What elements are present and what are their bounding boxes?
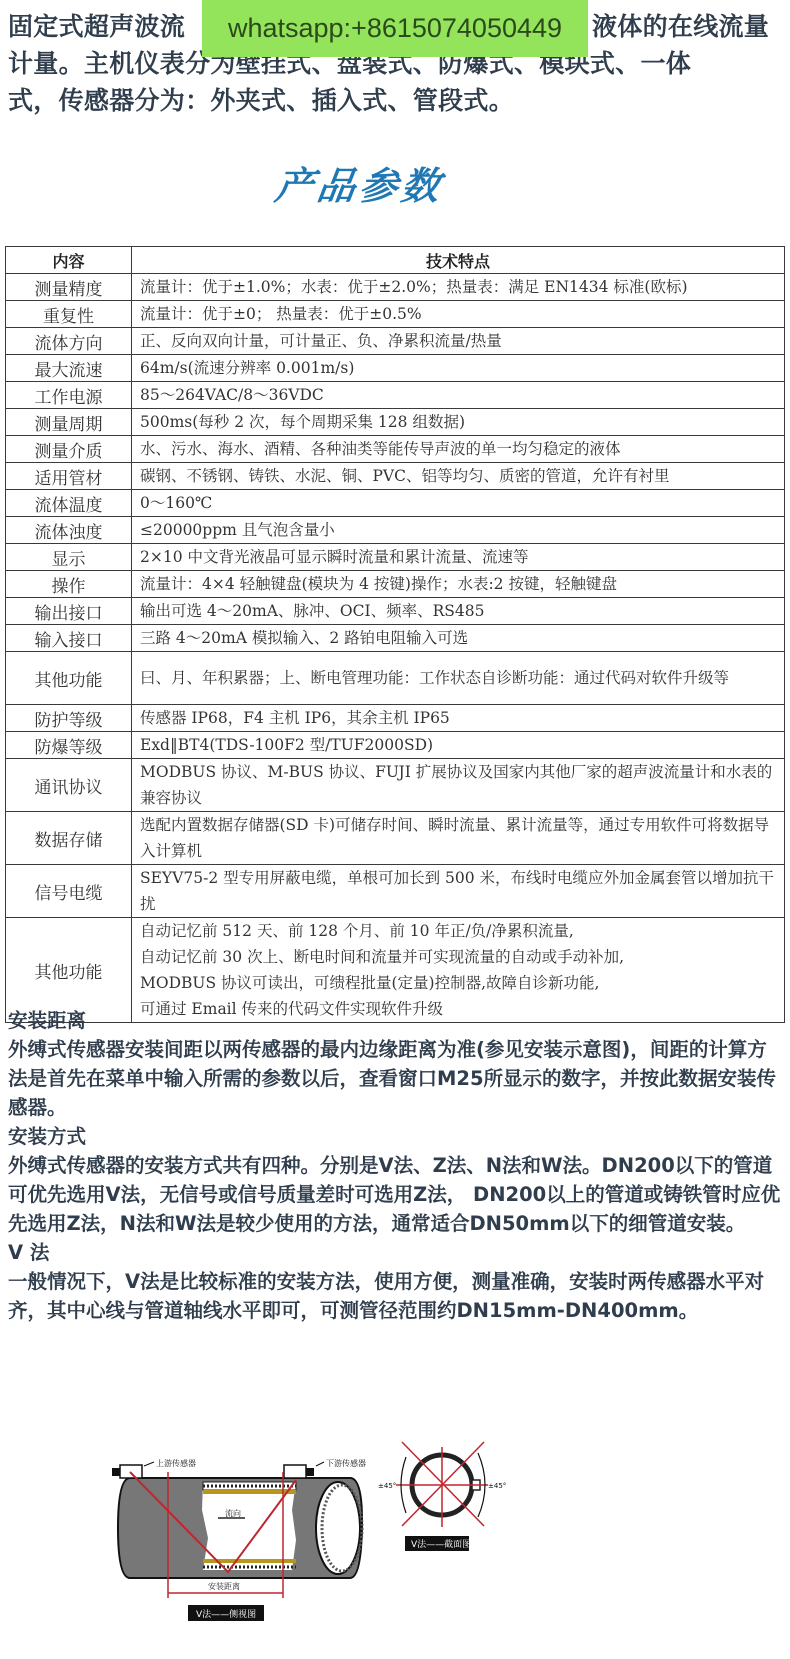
row-value: 选配内置数据存储器(SD 卡)可储存时间、瞬时流量、累计流量等，通过专用软件可将… (132, 812, 785, 865)
row-value: 流量计：4×4 轻触键盘(模块为 4 按键)操作；水表:2 按键，轻触键盘 (132, 571, 785, 598)
row-key: 通讯协议 (6, 759, 132, 812)
intro-line-3: 式，传感器分为：外夹式、插入式、管段式。 (8, 82, 786, 119)
row-key: 测量周期 (6, 409, 132, 436)
row-value: 水、污水、海水、酒精、各种油类等能传导声波的单一均匀稳定的液体 (132, 436, 785, 463)
angle-left-label: ±45° (378, 1482, 396, 1490)
row-key: 信号电缆 (6, 865, 132, 918)
row-value: 传感器 IP68，F4 主机 IP6，其余主机 IP65 (132, 705, 785, 732)
table-row: 流体温度0～160℃ (6, 490, 785, 517)
install-distance-label: 安装距离 (208, 1581, 240, 1591)
row-key: 流体浊度 (6, 517, 132, 544)
row-key: 测量精度 (6, 274, 132, 301)
pipe-diagram-svg: 流向 上游传感器 下游传感器 安装距离 V法——侧视图 (100, 1410, 530, 1659)
row-key: 防护等级 (6, 705, 132, 732)
table-row: 流体浊度≤20000ppm 且气泡含量小 (6, 517, 785, 544)
table-row: 输出接口输出可选 4～20mA、脉冲、OCI、频率、RS485 (6, 598, 785, 625)
row-value: Exd‖BT4(TDS-100F2 型/TUF2000SD) (132, 732, 785, 759)
row-value: ≤20000ppm 且气泡含量小 (132, 517, 785, 544)
table-row: 流体方向正、反向双向计量，可计量正、负、净累积流量/热量 (6, 328, 785, 355)
header-content: 内容 (6, 247, 132, 274)
row-key: 流体方向 (6, 328, 132, 355)
header-tech-features: 技术特点 (132, 247, 785, 274)
row-key: 数据存储 (6, 812, 132, 865)
intro-line-1-left: 固定式超声波流 (8, 12, 185, 41)
table-row: 数据存储选配内置数据存储器(SD 卡)可储存时间、瞬时流量、累计流量等，通过专用… (6, 812, 785, 865)
row-value: 碳钢、不锈钢、铸铁、水泥、铜、PVC、铝等均匀、质密的管道，允许有衬里 (132, 463, 785, 490)
table-row: 显示2×10 中文背光液晶可显示瞬时流量和累计流量、流速等 (6, 544, 785, 571)
heading-v-method: V 法 (8, 1238, 786, 1267)
row-value-line: 自动记忆前 30 次上、断电时间和流量并可实现流量的自动或手动补加, (140, 944, 776, 970)
row-value: 500ms(每秒 2 次，每个周期采集 128 组数据) (132, 409, 785, 436)
flow-label: 流向 (225, 1508, 241, 1518)
table-row: 防爆等级Exd‖BT4(TDS-100F2 型/TUF2000SD) (6, 732, 785, 759)
table-header-row: 内容 技术特点 (6, 247, 785, 274)
row-value: 85～264VAC/8～36VDC (132, 382, 785, 409)
table-row: 信号电缆SEYV75-2 型专用屏蔽电缆，单根可加长到 500 米，布线时电缆应… (6, 865, 785, 918)
row-value: 2×10 中文背光液晶可显示瞬时流量和累计流量、流速等 (132, 544, 785, 571)
installation-text: 安装距离 外缚式传感器安装间距以两传感器的最内边缘距离为准(参见安装示意图)，间… (8, 1006, 786, 1325)
v-method-diagram: 流向 上游传感器 下游传感器 安装距离 V法——侧视图 (100, 1410, 530, 1659)
row-key: 输入接口 (6, 625, 132, 652)
table-row: 适用管材碳钢、不锈钢、铸铁、水泥、铜、PVC、铝等均匀、质密的管道，允许有衬里 (6, 463, 785, 490)
heading-install-distance: 安装距离 (8, 1006, 786, 1035)
table-row: 重复性流量计：优于±0； 热量表：优于±0.5% (6, 301, 785, 328)
side-view: 流向 上游传感器 下游传感器 安装距离 V法——侧视图 (112, 1458, 366, 1621)
intro-line-1-right: 液体的在线流量 (592, 8, 769, 45)
table-row: 测量周期500ms(每秒 2 次，每个周期采集 128 组数据) (6, 409, 785, 436)
row-key: 操作 (6, 571, 132, 598)
table-row: 最大流速64m/s(流速分辨率 0.001m/s) (6, 355, 785, 382)
row-key: 最大流速 (6, 355, 132, 382)
row-value: 曰、月、年积累器；上、断电管理功能：工作状态自诊断功能：通过代码对软件升级等 (132, 652, 785, 705)
row-value-line: MODBUS 协议可读出，可缋程批量(定量)控制器,故障自诊新功能, (140, 970, 776, 996)
row-value: 流量计：优于±0； 热量表：优于±0.5% (132, 301, 785, 328)
table-row: 通讯协议MODBUS 协议、M-BUS 协议、FUJI 扩展协议及国家内其他厂家… (6, 759, 785, 812)
table-row: 防护等级传感器 IP68，F4 主机 IP6，其余主机 IP65 (6, 705, 785, 732)
side-view-caption: V法——侧视图 (196, 1608, 256, 1620)
row-value: SEYV75-2 型专用屏蔽电缆，单根可加长到 500 米，布线时电缆应外加金属… (132, 865, 785, 918)
row-value: 流量计：优于±1.0%；水表：优于±2.0%；热量表：满足 EN1434 标准(… (132, 274, 785, 301)
table-row: 操作流量计：4×4 轻触键盘(模块为 4 按键)操作；水表:2 按键，轻触键盘 (6, 571, 785, 598)
row-key: 防爆等级 (6, 732, 132, 759)
table-row: 工作电源85～264VAC/8～36VDC (6, 382, 785, 409)
cross-section-caption: V法——截面图 (411, 1538, 471, 1550)
row-key: 适用管材 (6, 463, 132, 490)
row-value: 0～160℃ (132, 490, 785, 517)
row-key: 显示 (6, 544, 132, 571)
table-row: 测量介质水、污水、海水、酒精、各种油类等能传导声波的单一均匀稳定的液体 (6, 436, 785, 463)
row-value: 输出可选 4～20mA、脉冲、OCI、频率、RS485 (132, 598, 785, 625)
heading-install-method: 安装方式 (8, 1122, 786, 1151)
row-key: 工作电源 (6, 382, 132, 409)
upstream-sensor-label: 上游传感器 (156, 1458, 196, 1468)
table-row: 其他功能曰、月、年积累器；上、断电管理功能：工作状态自诊断功能：通过代码对软件升… (6, 652, 785, 705)
row-value: 三路 4～20mA 模拟输入、2 路铂电阻输入可选 (132, 625, 785, 652)
row-value: 正、反向双向计量，可计量正、负、净累积流量/热量 (132, 328, 785, 355)
section-title-product-params: 产品参数 (256, 155, 464, 210)
whatsapp-watermark: whatsapp:+8615074050449 (202, 0, 588, 57)
row-key: 其他功能 (6, 652, 132, 705)
spec-table: 内容 技术特点 测量精度流量计：优于±1.0%；水表：优于±2.0%；热量表：满… (5, 246, 785, 1023)
table-row: 输入接口三路 4～20mA 模拟输入、2 路铂电阻输入可选 (6, 625, 785, 652)
para-install-method: 外缚式传感器的安装方式共有四种。分别是V法、Z法、N法和W法。DN200以下的管… (8, 1151, 786, 1238)
downstream-sensor-label: 下游传感器 (326, 1458, 366, 1468)
cross-section-view: ±45° ±45° V法——截面图 (378, 1442, 506, 1551)
row-value: MODBUS 协议、M-BUS 协议、FUJI 扩展协议及国家内其他厂家的超声波… (132, 759, 785, 812)
table-row: 测量精度流量计：优于±1.0%；水表：优于±2.0%；热量表：满足 EN1434… (6, 274, 785, 301)
row-value-line: 自动记忆前 512 天、前 128 个月、前 10 年正/负/净累积流量, (140, 918, 776, 944)
row-key: 测量介质 (6, 436, 132, 463)
row-value: 64m/s(流速分辨率 0.001m/s) (132, 355, 785, 382)
row-key: 流体温度 (6, 490, 132, 517)
row-key: 输出接口 (6, 598, 132, 625)
para-install-distance: 外缚式传感器安装间距以两传感器的最内边缘距离为准(参见安装示意图)，间距的计算方… (8, 1035, 786, 1122)
angle-right-label: ±45° (488, 1482, 506, 1490)
row-key: 重复性 (6, 301, 132, 328)
para-v-method: 一般情况下，V法是比较标准的安装方法，使用方便，测量准确，安装时两传感器水平对齐… (8, 1267, 786, 1325)
